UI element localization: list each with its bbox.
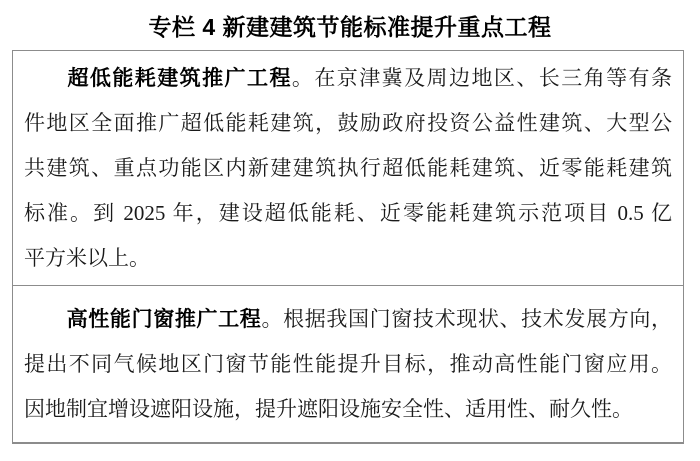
line-text: 。根据我国门窗技术现状、技术发展方向， <box>261 307 672 331</box>
paragraph-line: 共建筑、重点功能区内新建建筑执行超低能耗建筑、近零能耗建筑 <box>24 146 672 191</box>
first-line-indent <box>24 325 66 326</box>
paragraph-line: 件地区全面推广超低能耗建筑，鼓励政府投资公益性建筑、大型公 <box>24 101 672 146</box>
document-page: 专栏 4 新建建筑节能标准提升重点工程 超低能耗建筑推广工程。在京津冀及周边地区… <box>0 0 700 461</box>
section-high-performance-windows: 高性能门窗推广工程。根据我国门窗技术现状、技术发展方向， 提出不同气候地区门窗节… <box>13 285 683 442</box>
line-text: 。在京津冀及周边地区、长三角等有条 <box>292 66 672 90</box>
column-box-heading: 专栏 4 新建建筑节能标准提升重点工程 <box>0 0 700 42</box>
paragraph-line: 高性能门窗推广工程。根据我国门窗技术现状、技术发展方向， <box>24 297 672 342</box>
project-name-bold: 高性能门窗推广工程 <box>66 307 261 331</box>
paragraph-line: 平方米以上。 <box>24 236 672 281</box>
section-ultra-low-energy-buildings: 超低能耗建筑推广工程。在京津冀及周边地区、长三角等有条 件地区全面推广超低能耗建… <box>13 51 683 285</box>
paragraph-line: 提出不同气候地区门窗节能性能提升目标，推动高性能门窗应用。 <box>24 342 672 387</box>
paragraph-line: 因地制宜增设遮阳设施，提升遮阳设施安全性、适用性、耐久性。 <box>24 387 672 432</box>
column-box: 超低能耗建筑推广工程。在京津冀及周边地区、长三角等有条 件地区全面推广超低能耗建… <box>12 50 684 444</box>
paragraph-line: 超低能耗建筑推广工程。在京津冀及周边地区、长三角等有条 <box>24 56 672 101</box>
first-line-indent <box>24 84 66 85</box>
paragraph-line: 标准。到 2025 年，建设超低能耗、近零能耗建筑示范项目 0.5 亿 <box>24 191 672 236</box>
project-name-bold: 超低能耗建筑推广工程 <box>66 66 292 90</box>
